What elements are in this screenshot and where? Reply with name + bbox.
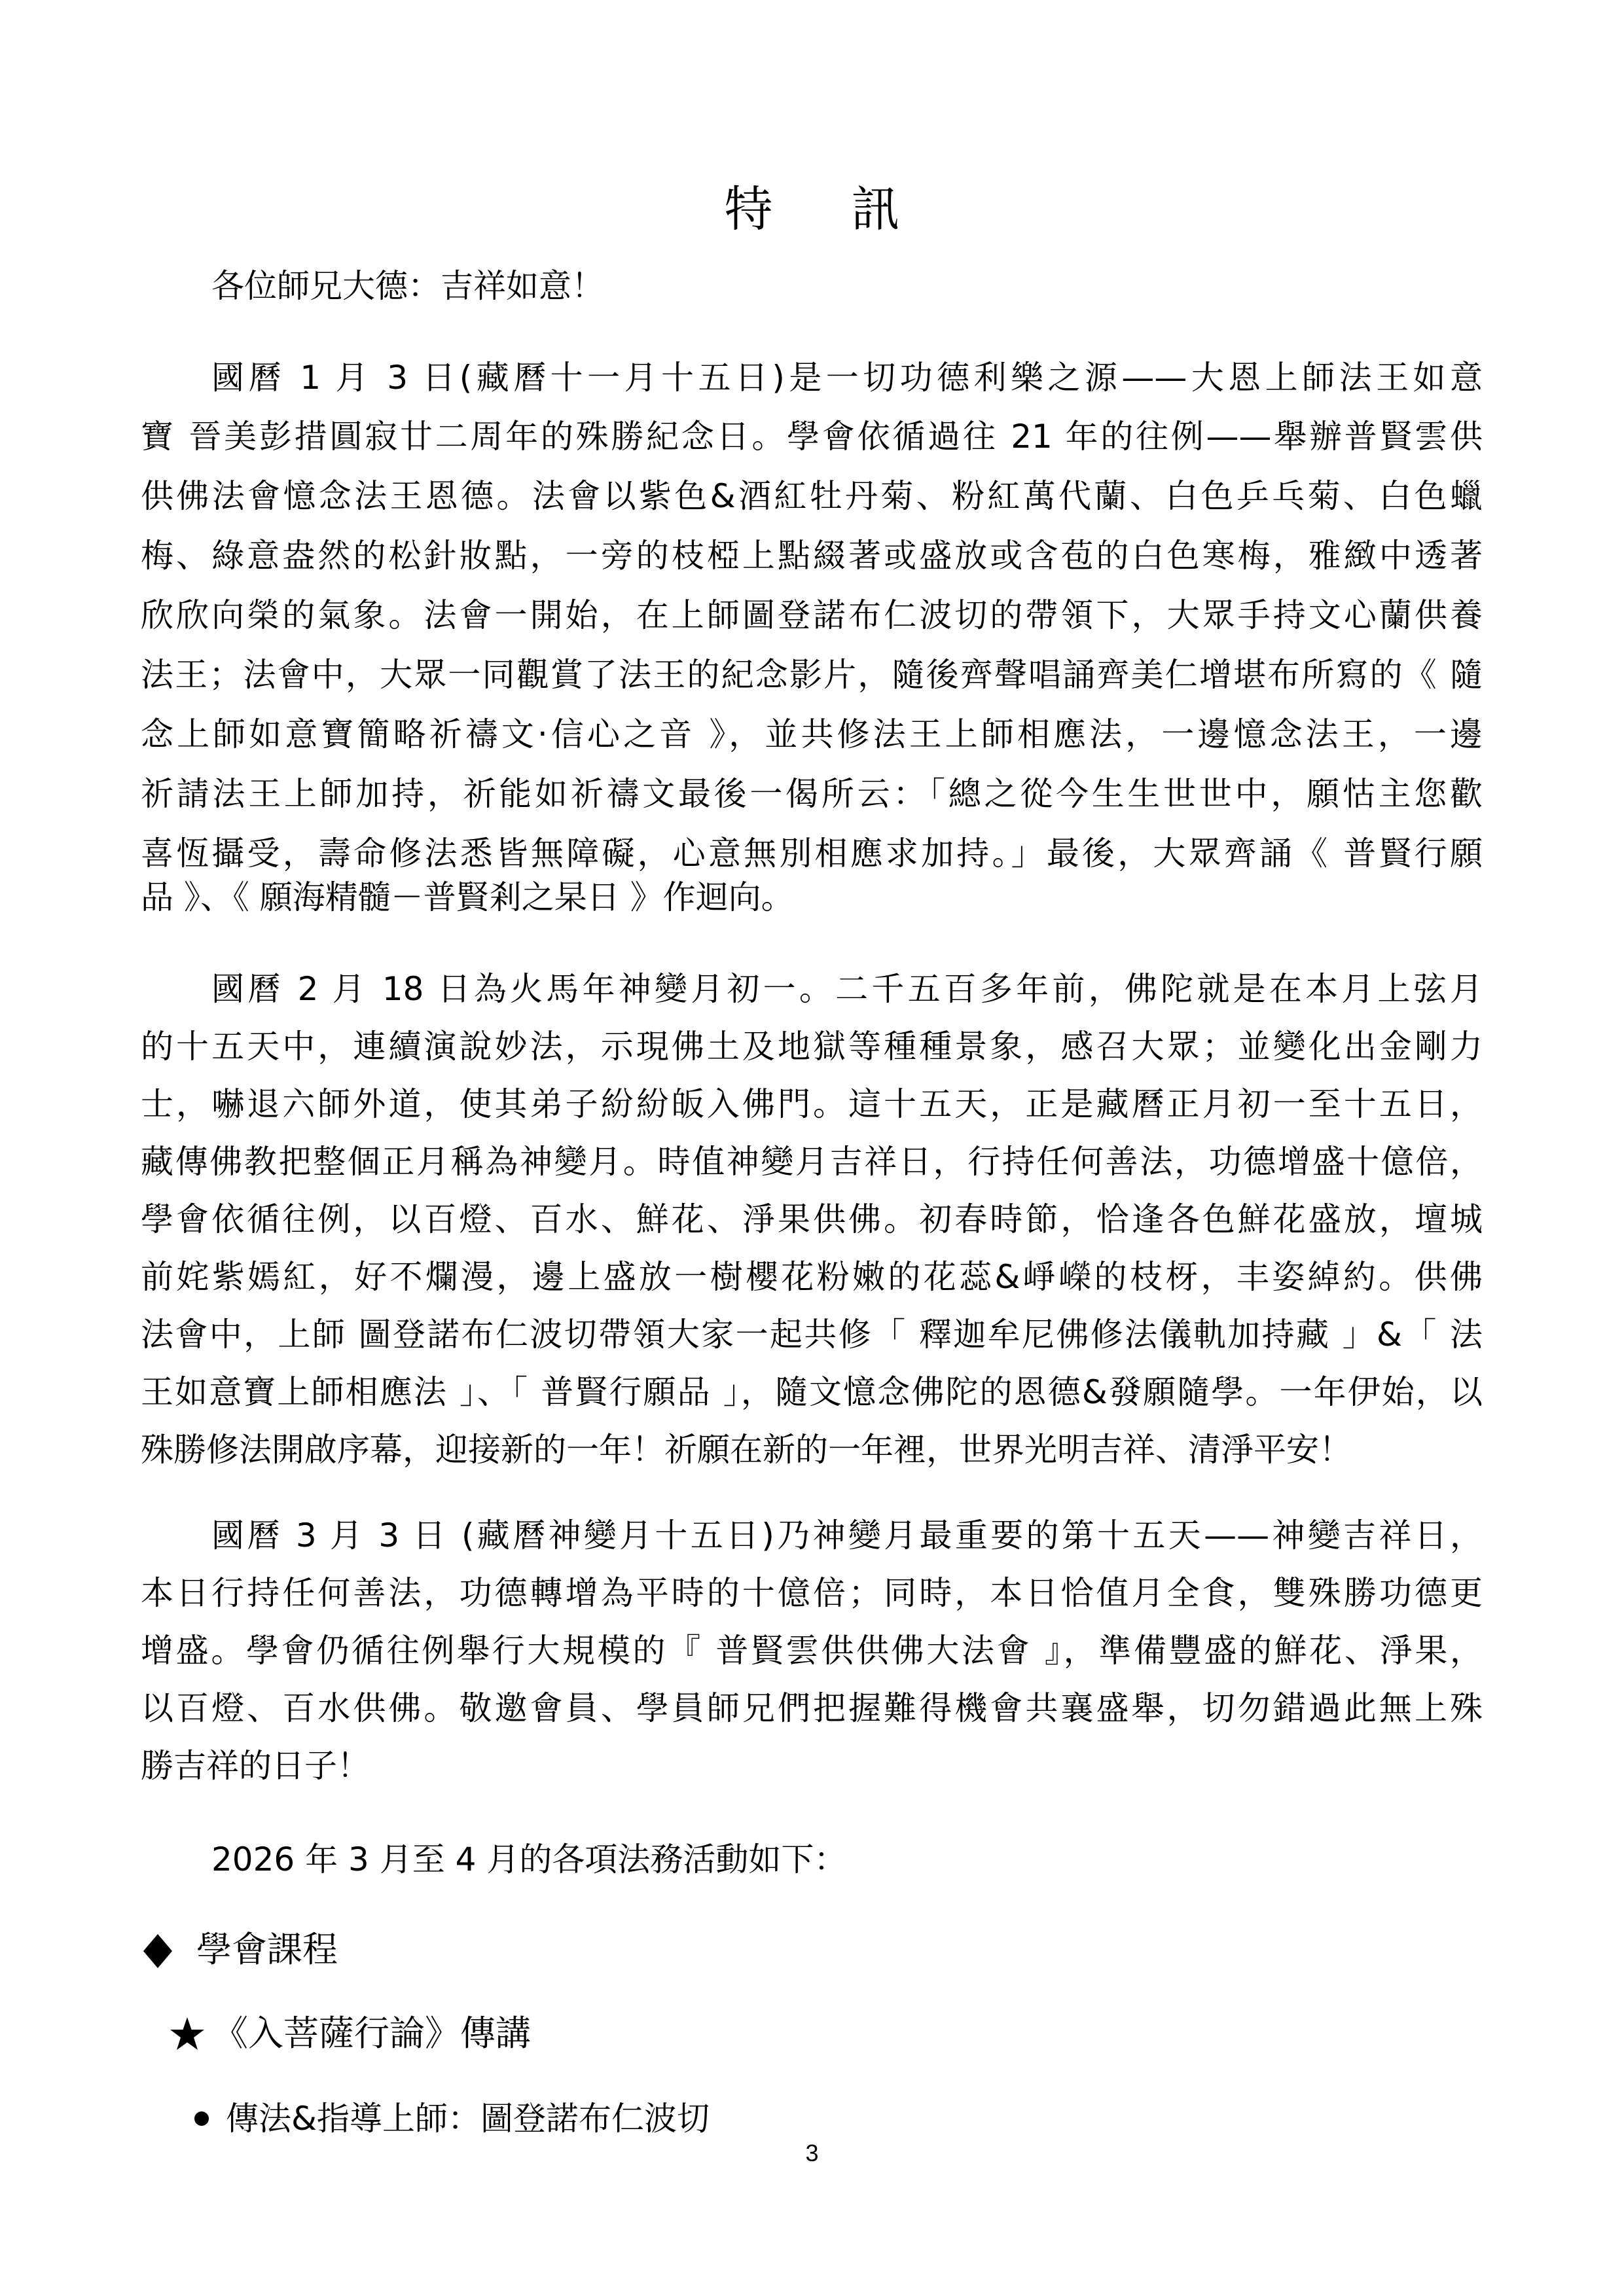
- paragraph-3-line-2: 本日行持任何善法，功德轉增為平時的十億倍；同時，本日恰值月全食，雙殊勝功德更: [141, 1564, 1483, 1623]
- paragraph-3-line-5: 勝吉祥的日子！: [141, 1736, 1483, 1795]
- page-title: 特訊: [0, 178, 1624, 241]
- paragraph-1-line-8: 祈請法王上師加持，祈能如祈禱文最後一偈所云：「總之從今生生世世中，願怙主您歡: [141, 764, 1483, 823]
- paragraph-3-line-1: 國曆 3 月 3 日 (藏曆神變月十五日)乃神變月最重要的第十五天——神變吉祥日…: [211, 1506, 1483, 1565]
- paragraph-2-line-5: 學會依循往例，以百燈、百水、鮮花、淨果供佛。初春時節，恰逢各色鮮花盛放，壇城: [141, 1190, 1483, 1249]
- schedule-intro: 2026 年 3 月至 4 月的各項法務活動如下：: [211, 1830, 1483, 1889]
- paragraph-2-line-7: 法會中，上師 圖登諾布仁波切帶領大家一起共修「 釋迦牟尼佛修法儀軌加持藏 」&「…: [141, 1305, 1483, 1364]
- page-number: 3: [0, 2140, 1624, 2166]
- paragraph-1-line-6: 法王；法會中，大眾一同觀賞了法王的紀念影片，隨後齊聲唱誦齊美仁增堪布所寫的《 隨: [141, 645, 1483, 704]
- bullet-icon: [194, 2111, 209, 2126]
- paragraph-1-line-10: 品 》、《 願海精髓－普賢剎之杲日 》作迴向。: [141, 868, 1483, 927]
- paragraph-3-line-3: 增盛。學會仍循往例舉行大規模的『 普賢雲供供佛大法會 』，準備豐盛的鮮花、淨果，: [141, 1621, 1483, 1680]
- paragraph-2-line-9: 殊勝修法開啟序幕，迎接新的一年！祈願在新的一年裡，世界光明吉祥、清淨平安！: [141, 1420, 1483, 1479]
- title-char-1: 特: [725, 181, 773, 238]
- paragraph-2-line-1: 國曆 2 月 18 日為火馬年神變月初一。二千五百多年前，佛陀就是在本月上弦月: [211, 960, 1483, 1018]
- paragraph-2-line-3: 士，嚇退六師外道，使其弟子紛紛皈入佛門。這十五天，正是藏曆正月初一至十五日，: [141, 1075, 1483, 1134]
- diamond-icon: [141, 1934, 175, 1968]
- greeting: 各位師兄大德：吉祥如意！: [211, 257, 604, 315]
- paragraph-1-line-3: 供佛法會憶念法王恩德。法會以紫色&酒紅牡丹菊、粉紅萬代蘭、白色乒乓菊、白色蠟: [141, 467, 1483, 526]
- title-char-2: 訊: [852, 181, 900, 238]
- paragraph-1-line-2: 寶 晉美彭措圓寂廿二周年的殊勝紀念日。學會依循過往 21 年的往例——舉辦普賢雲…: [141, 407, 1483, 466]
- paragraph-1-line-4: 梅、綠意盎然的松針妝點，一旁的枝椏上點綴著或盛放或含苞的白色寒梅，雅緻中透著: [141, 526, 1483, 585]
- paragraph-2-line-8: 王如意寶上師相應法 」、「 普賢行願品 」，隨文憶念佛陀的恩德&發願隨學。一年伊…: [141, 1363, 1483, 1422]
- paragraph-2-line-4: 藏傳佛教把整個正月稱為神變月。時值神變月吉祥日，行持任何善法，功德增盛十億倍，: [141, 1132, 1483, 1191]
- paragraph-2-line-6: 前姹紫嫣紅，好不爛漫，邊上盛放一樹櫻花粉嫩的花蕊&崢嶸的枝枒，丰姿綽約。供佛: [141, 1247, 1483, 1306]
- paragraph-1-line-7: 念上師如意寶簡略祈禱文‧信心之音 》，並共修法王上師相應法，一邊憶念法王，一邊: [141, 705, 1483, 764]
- course-item-teacher: 傳法&指導上師：圖登諾布仁波切: [226, 2089, 1470, 2148]
- paragraph-1-line-1: 國曆 1 月 3 日(藏曆十一月十五日)是一切功德利樂之源——大恩上師法王如意: [211, 348, 1483, 407]
- paragraph-2-line-2: 的十五天中，連續演說妙法，示現佛土及地獄等種種景象，感召大眾；並變化出金剛力: [141, 1017, 1483, 1076]
- section-heading: 學會課程: [196, 1920, 338, 1979]
- star-icon: [169, 2016, 206, 2053]
- paragraph-1-line-5: 欣欣向榮的氣象。法會一開始，在上師圖登諾布仁波切的帶領下，大眾手持文心蘭供養: [141, 586, 1483, 645]
- document-page: 特訊 各位師兄大德：吉祥如意！ 國曆 1 月 3 日(藏曆十一月十五日)是一切功…: [0, 0, 1624, 2296]
- paragraph-3-line-4: 以百燈、百水供佛。敬邀會員、學員師兄們把握難得機會共襄盛舉，切勿錯過此無上殊: [141, 1679, 1483, 1738]
- course-title: 《入菩薩行論》傳講: [213, 2004, 531, 2063]
